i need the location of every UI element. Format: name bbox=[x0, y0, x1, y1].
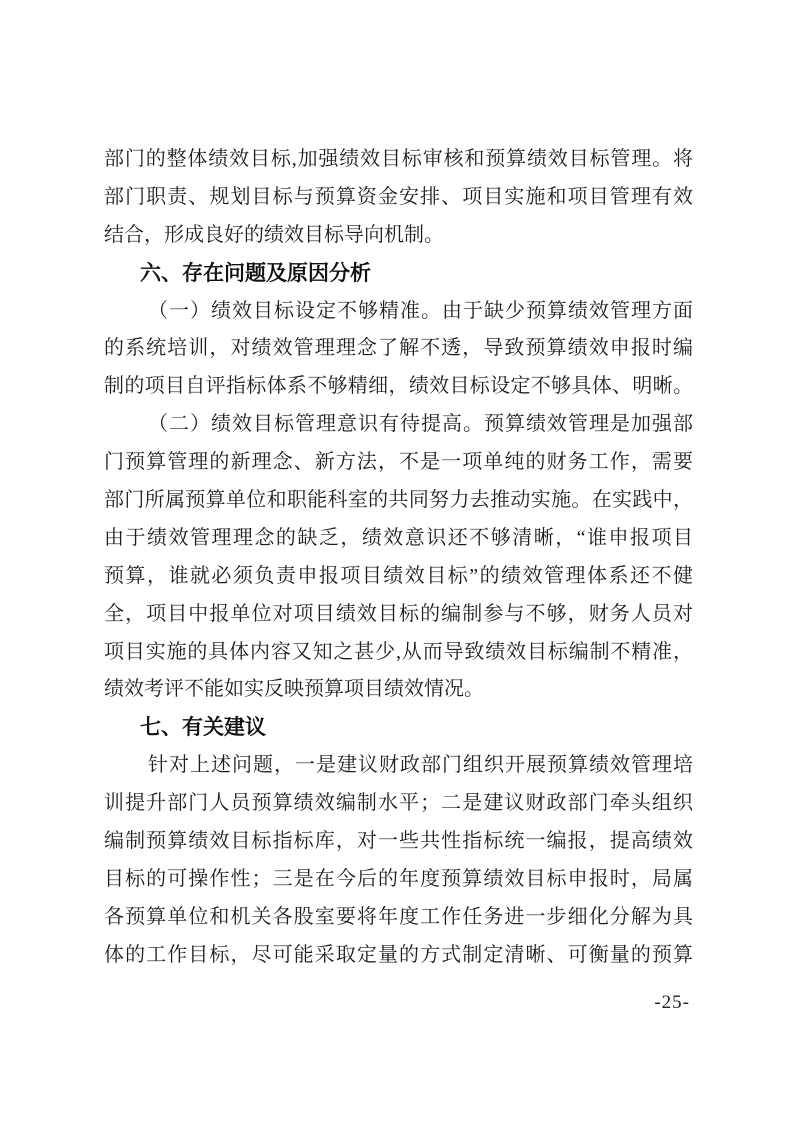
text-line: 结合，形成良好的绩效目标导向机制。 bbox=[104, 217, 693, 255]
text-line: 部门所属预算单位和职能科室的共同努力去推动实施。在实践中， bbox=[104, 482, 693, 520]
text-line: 训提升部门人员预算绩效编制水平；二是建议财政部门牵头组织 bbox=[104, 785, 693, 823]
text-line: 绩效考评不能如实反映预算项目绩效情况。 bbox=[104, 671, 693, 709]
text-line: 编制预算绩效目标指标库，对一些共性指标统一编报，提高绩效 bbox=[104, 823, 693, 861]
text-line: 各预算单位和机关各股室要将年度工作任务进一步细化分解为具 bbox=[104, 899, 693, 937]
text-line: 门预算管理的新理念、新方法，不是一项单纯的财务工作，需要 bbox=[104, 444, 693, 482]
text-body: 部门的整体绩效目标,加强绩效目标审核和预算绩效目标管理。将部门职责、规划目标与预… bbox=[104, 141, 693, 975]
text-line: 部门职责、规划目标与预算资金安排、项目实施和项目管理有效 bbox=[104, 179, 693, 217]
text-line: 体的工作目标，尽可能采取定量的方式制定清晰、可衡量的预算 bbox=[104, 937, 693, 975]
text-line: 的系统培训，对绩效管理理念了解不透，导致预算绩效申报时编 bbox=[104, 330, 693, 368]
text-line: （二）绩效目标管理意识有待提高。预算绩效管理是加强部 bbox=[104, 406, 693, 444]
document-page: 部门的整体绩效目标,加强绩效目标审核和预算绩效目标管理。将部门职责、规划目标与预… bbox=[0, 0, 793, 1122]
text-line: 项目实施的具体内容又知之甚少,从而导致绩效目标编制不精准， bbox=[104, 634, 693, 672]
text-line: 部门的整体绩效目标,加强绩效目标审核和预算绩效目标管理。将 bbox=[104, 141, 693, 179]
section-heading: 七、有关建议 bbox=[104, 709, 693, 747]
text-line: 针对上述问题，一是建议财政部门组织开展预算绩效管理培 bbox=[104, 747, 693, 785]
text-line: （一）绩效目标设定不够精准。由于缺少预算绩效管理方面 bbox=[104, 293, 693, 331]
text-line: 目标的可操作性；三是在今后的年度预算绩效目标申报时，局属 bbox=[104, 861, 693, 899]
text-line: 制的项目自评指标体系不够精细，绩效目标设定不够具体、明晰。 bbox=[104, 368, 693, 406]
page-number: -25- bbox=[654, 992, 690, 1014]
text-line: 预算，谁就必须负责申报项目绩效目标”的绩效管理体系还不健 bbox=[104, 558, 693, 596]
text-line: 全，项目中报单位对项目绩效目标的编制参与不够，财务人员对 bbox=[104, 596, 693, 634]
text-line: 由于绩效管理理念的缺乏，绩效意识还不够清晰，“谁申报项目 bbox=[104, 520, 693, 558]
section-heading: 六、存在问题及原因分析 bbox=[104, 255, 693, 293]
